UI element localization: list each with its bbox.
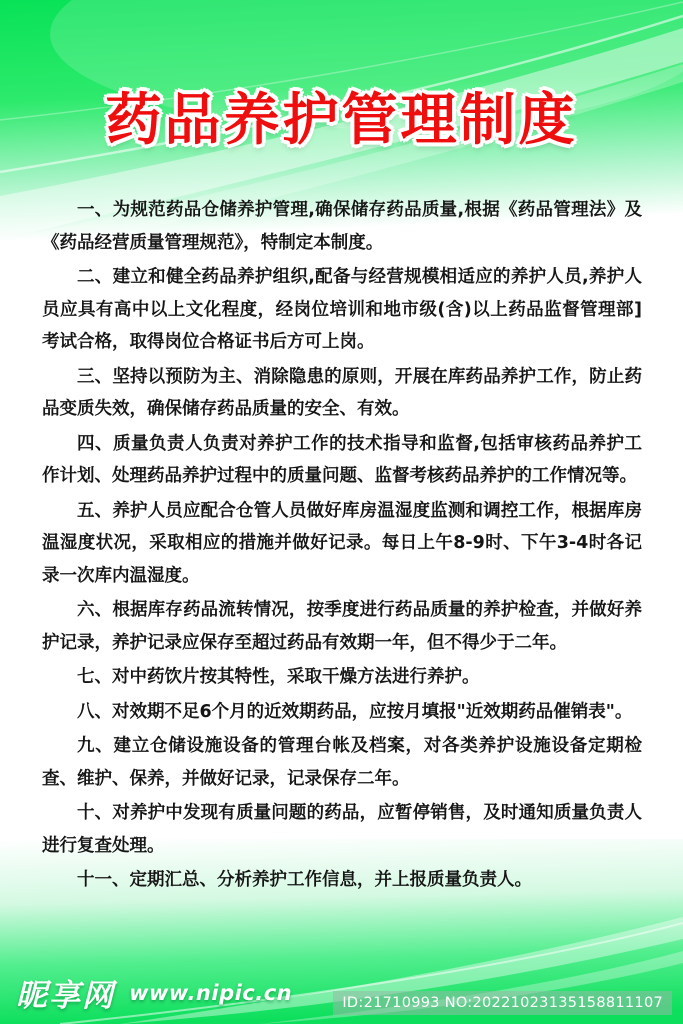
regulation-item-1: 一、为规范药品仓储养护管理,确保储存药品质量,根据《药品管理法》及《药品经营质量… (42, 194, 642, 259)
watermark-site-name: 昵享网 (16, 978, 115, 1014)
regulation-item-6: 六、根据库存药品流转情况，按季度进行药品质量的养护检查，并做好养护记录，养护记录… (42, 594, 642, 659)
regulation-item-11: 十一、定期汇总、分析养护工作信息，并上报质量负责人。 (42, 864, 642, 897)
regulation-item-8: 八、对效期不足6个月的近效期药品，应按月填报"近效期药品催销表"。 (42, 696, 642, 729)
regulation-list: 一、为规范药品仓储养护管理,确保储存药品质量,根据《药品管理法》及《药品经营质量… (42, 194, 642, 899)
regulation-item-5: 五、养护人员应配合仓管人员做好库房温湿度监测和调控工作，根据库房温湿度状况，采取… (42, 495, 642, 593)
regulation-item-4: 四、质量负责人负责对养护工作的技术指导和监督,包括审核药品养护工作计划、处理药品… (42, 428, 642, 493)
image-id-badge: ID:21710993 NO:20221023135158811107 (333, 991, 672, 1015)
regulation-item-9: 九、建立仓储设施设备的管理台帐及档案，对各类养护设施设备定期检查、维护、保养，并… (42, 730, 642, 795)
poster-page: 药品养护管理制度 一、为规范药品仓储养护管理,确保储存药品质量,根据《药品管理法… (0, 0, 683, 1024)
poster-title: 药品养护管理制度 (0, 76, 683, 156)
regulation-item-7: 七、对中药饮片按其特性，采取干燥方法进行养护。 (42, 661, 642, 694)
watermark: 昵享网 www.nipic.cn (16, 970, 292, 1015)
regulation-item-2: 二、建立和健全药品养护组织,配备与经营规模相适应的养护人员,养护人员应具有高中以… (42, 261, 642, 359)
regulation-item-10: 十、对养护中发现有质量问题的药品，应暂停销售，及时通知质量负责人进行复查处理。 (42, 797, 642, 862)
watermark-site-url: www.nipic.cn (129, 981, 292, 1005)
regulation-item-3: 三、坚持以预防为主、消除隐患的原则，开展在库药品养护工作，防止药品变质失效，确保… (42, 361, 642, 426)
